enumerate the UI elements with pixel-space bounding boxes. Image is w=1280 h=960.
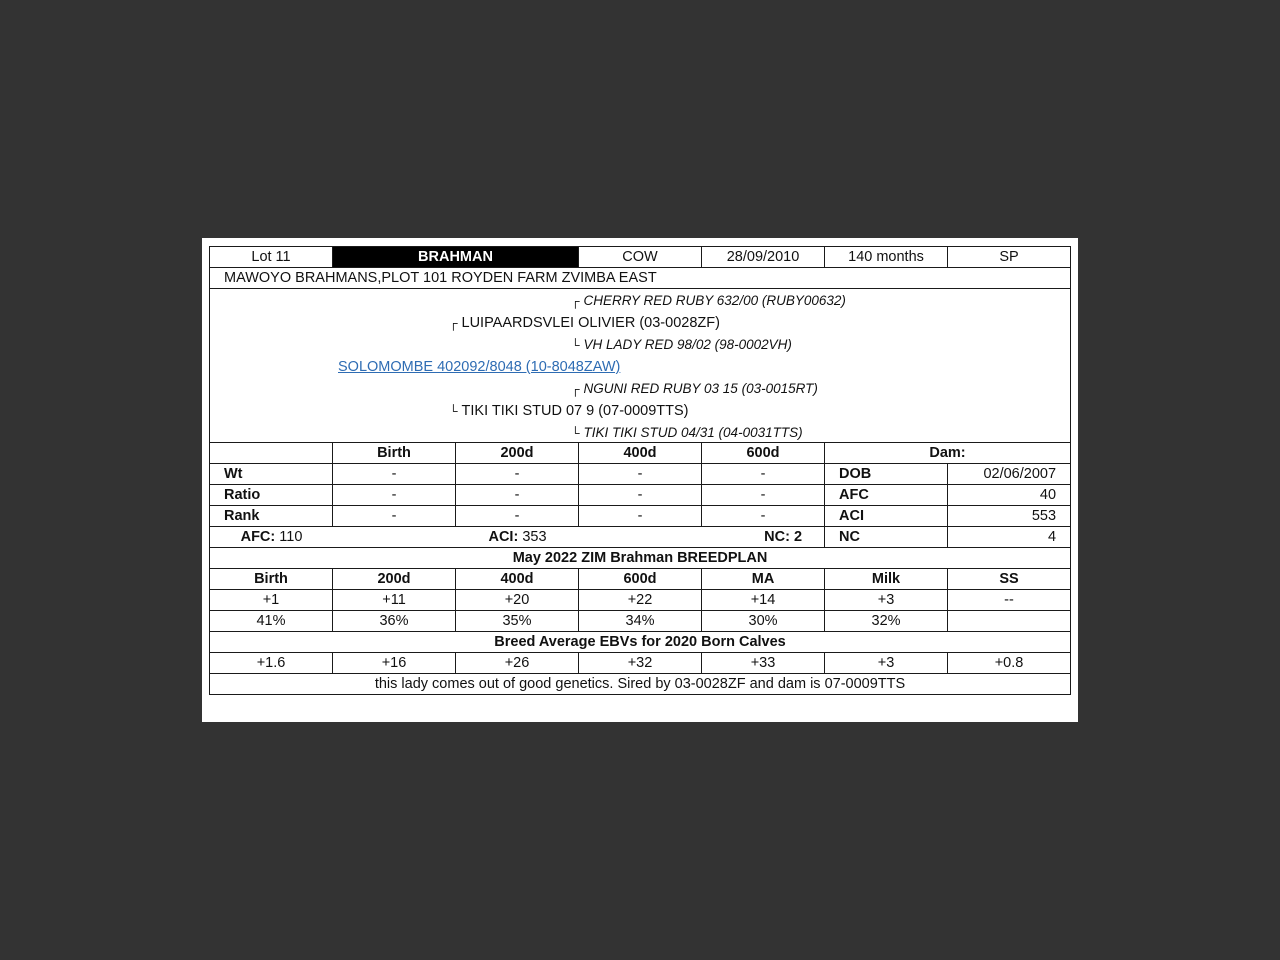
table-row: Ratio - - - - AFC 40 xyxy=(210,485,1071,506)
subject-entry: SOLOMOMBE 402092/8048 (10-8048ZAW) xyxy=(338,358,620,376)
performance-header-row: Birth 200d 400d 600d Dam: xyxy=(210,443,1071,464)
perf-col-400d: 400d xyxy=(579,443,702,464)
pedigree-row: ┌CHERRY RED RUBY 632/00 (RUBY00632) ┌LUI… xyxy=(210,289,1071,443)
acc-birth: 41% xyxy=(210,611,333,632)
sire-dam-name: VH LADY RED 98/02 (98-0002VH) xyxy=(584,337,792,352)
avg-ss: +0.8 xyxy=(948,653,1071,674)
bracket-top-icon: ┌ xyxy=(571,380,580,398)
wt-200d: - xyxy=(456,464,579,485)
row-label-wt: Wt xyxy=(210,464,333,485)
comment-row: this lady comes out of good genetics. Si… xyxy=(210,674,1071,695)
table-row: Wt - - - - DOB 02/06/2007 xyxy=(210,464,1071,485)
ebv-ma: +14 xyxy=(702,590,825,611)
ratio-400d: - xyxy=(579,485,702,506)
dam-entry: └TIKI TIKI STUD 07 9 (07-0009TTS) xyxy=(449,402,689,420)
dam-sire-entry: ┌NGUNI RED RUBY 03 15 (03-0015RT) xyxy=(571,380,818,398)
dam-value-nc: 4 xyxy=(948,527,1071,548)
ebv-col-ma: MA xyxy=(702,569,825,590)
dam-label-aci: ACI xyxy=(825,506,948,527)
bracket-bottom-icon: └ xyxy=(449,402,458,420)
breedplan-title: May 2022 ZIM Brahman BREEDPLAN xyxy=(210,548,1071,569)
dam-label-afc: AFC xyxy=(825,485,948,506)
avg-milk: +3 xyxy=(825,653,948,674)
sire-entry: ┌LUIPAARDSVLEI OLIVIER (03-0028ZF) xyxy=(449,314,720,332)
breedplan-title-row: May 2022 ZIM Brahman BREEDPLAN xyxy=(210,548,1071,569)
perf-col-200d: 200d xyxy=(456,443,579,464)
ebv-400d: +20 xyxy=(456,590,579,611)
rank-600d: - xyxy=(702,506,825,527)
acc-400d: 35% xyxy=(456,611,579,632)
rank-200d: - xyxy=(456,506,579,527)
ratio-birth: - xyxy=(333,485,456,506)
pedigree-tree: ┌CHERRY RED RUBY 632/00 (RUBY00632) ┌LUI… xyxy=(214,289,1066,442)
avg-ma: +33 xyxy=(702,653,825,674)
rank-400d: - xyxy=(579,506,702,527)
wt-birth: - xyxy=(333,464,456,485)
comment-text: this lady comes out of good genetics. Si… xyxy=(210,674,1071,695)
ebv-col-400d: 400d xyxy=(456,569,579,590)
dam-name: TIKI TIKI STUD 07 9 (07-0009TTS) xyxy=(462,403,689,419)
ebv-milk: +3 xyxy=(825,590,948,611)
ebv-ss: -- xyxy=(948,590,1071,611)
ratio-600d: - xyxy=(702,485,825,506)
pedigree-cell: ┌CHERRY RED RUBY 632/00 (RUBY00632) ┌LUI… xyxy=(210,289,1071,443)
breed-average-title: Breed Average EBVs for 2020 Born Calves xyxy=(210,632,1071,653)
sire-sire-name: CHERRY RED RUBY 632/00 (RUBY00632) xyxy=(584,293,846,308)
acc-ma: 30% xyxy=(702,611,825,632)
avg-200d: +16 xyxy=(333,653,456,674)
ebv-col-200d: 200d xyxy=(333,569,456,590)
ebv-600d: +22 xyxy=(579,590,702,611)
acc-milk: 32% xyxy=(825,611,948,632)
acc-ss xyxy=(948,611,1071,632)
breeder-row: MAWOYO BRAHMANS,PLOT 101 ROYDEN FARM ZVI… xyxy=(210,268,1071,289)
bracket-top-icon: ┌ xyxy=(449,314,458,332)
table-row: Rank - - - - ACI 553 xyxy=(210,506,1071,527)
date-of-birth: 28/09/2010 xyxy=(702,247,825,268)
perf-col-600d: 600d xyxy=(702,443,825,464)
row-label-rank: Rank xyxy=(210,506,333,527)
breed-average-row: +1.6 +16 +26 +32 +33 +3 +0.8 xyxy=(210,653,1071,674)
ebv-col-600d: 600d xyxy=(579,569,702,590)
lot-number: Lot 11 xyxy=(210,247,333,268)
bracket-top-icon: ┌ xyxy=(571,292,580,310)
bracket-bottom-icon: └ xyxy=(571,424,580,442)
fertility-row: AFC: 110 ACI: 353 NC: 2 NC 4 xyxy=(210,527,1071,548)
breeder-name: MAWOYO BRAHMANS,PLOT 101 ROYDEN FARM ZVI… xyxy=(210,268,1071,289)
sex-label: COW xyxy=(579,247,702,268)
lot-table: Lot 11 BRAHMAN COW 28/09/2010 140 months… xyxy=(209,246,1071,695)
dam-sire-name: NGUNI RED RUBY 03 15 (03-0015RT) xyxy=(584,381,818,396)
avg-600d: +32 xyxy=(579,653,702,674)
avg-400d: +26 xyxy=(456,653,579,674)
bracket-bottom-icon: └ xyxy=(571,336,580,354)
blank-cell xyxy=(210,443,333,464)
wt-600d: - xyxy=(702,464,825,485)
avg-birth: +1.6 xyxy=(210,653,333,674)
breed-average-title-row: Breed Average EBVs for 2020 Born Calves xyxy=(210,632,1071,653)
row-label-ratio: Ratio xyxy=(210,485,333,506)
breedplan-header-row: Birth 200d 400d 600d MA Milk SS xyxy=(210,569,1071,590)
nc-summary: NC: 2 xyxy=(702,527,824,547)
accuracy-row: 41% 36% 35% 34% 30% 32% xyxy=(210,611,1071,632)
sire-name: LUIPAARDSVLEI OLIVIER (03-0028ZF) xyxy=(462,315,720,331)
dam-value-dob: 02/06/2007 xyxy=(948,464,1071,485)
dam-label-nc: NC xyxy=(825,527,948,548)
lot-card: Lot 11 BRAHMAN COW 28/09/2010 140 months… xyxy=(202,238,1078,722)
ebv-col-milk: Milk xyxy=(825,569,948,590)
breed-label: BRAHMAN xyxy=(333,247,579,268)
afc-summary: AFC: 110 xyxy=(210,527,333,547)
acc-200d: 36% xyxy=(333,611,456,632)
header-row: Lot 11 BRAHMAN COW 28/09/2010 140 months… xyxy=(210,247,1071,268)
ebv-col-ss: SS xyxy=(948,569,1071,590)
subject-animal-link[interactable]: SOLOMOMBE 402092/8048 (10-8048ZAW) xyxy=(338,359,620,375)
ebv-values-row: +1 +11 +20 +22 +14 +3 -- xyxy=(210,590,1071,611)
dam-title: Dam: xyxy=(825,443,1071,464)
dam-label-dob: DOB xyxy=(825,464,948,485)
acc-600d: 34% xyxy=(579,611,702,632)
fertility-summary: AFC: 110 ACI: 353 NC: 2 xyxy=(210,527,825,548)
ebv-birth: +1 xyxy=(210,590,333,611)
sire-dam-entry: └VH LADY RED 98/02 (98-0002VH) xyxy=(571,336,792,354)
sire-sire-entry: ┌CHERRY RED RUBY 632/00 (RUBY00632) xyxy=(571,292,846,310)
status-label: SP xyxy=(948,247,1071,268)
dam-dam-entry: └TIKI TIKI STUD 04/31 (04-0031TTS) xyxy=(571,424,803,442)
wt-400d: - xyxy=(579,464,702,485)
perf-col-birth: Birth xyxy=(333,443,456,464)
dam-value-afc: 40 xyxy=(948,485,1071,506)
age-label: 140 months xyxy=(825,247,948,268)
ebv-200d: +11 xyxy=(333,590,456,611)
aci-summary: ACI: 353 xyxy=(333,527,702,547)
dam-dam-name: TIKI TIKI STUD 04/31 (04-0031TTS) xyxy=(584,425,803,440)
dam-value-aci: 553 xyxy=(948,506,1071,527)
ratio-200d: - xyxy=(456,485,579,506)
ebv-col-birth: Birth xyxy=(210,569,333,590)
rank-birth: - xyxy=(333,506,456,527)
